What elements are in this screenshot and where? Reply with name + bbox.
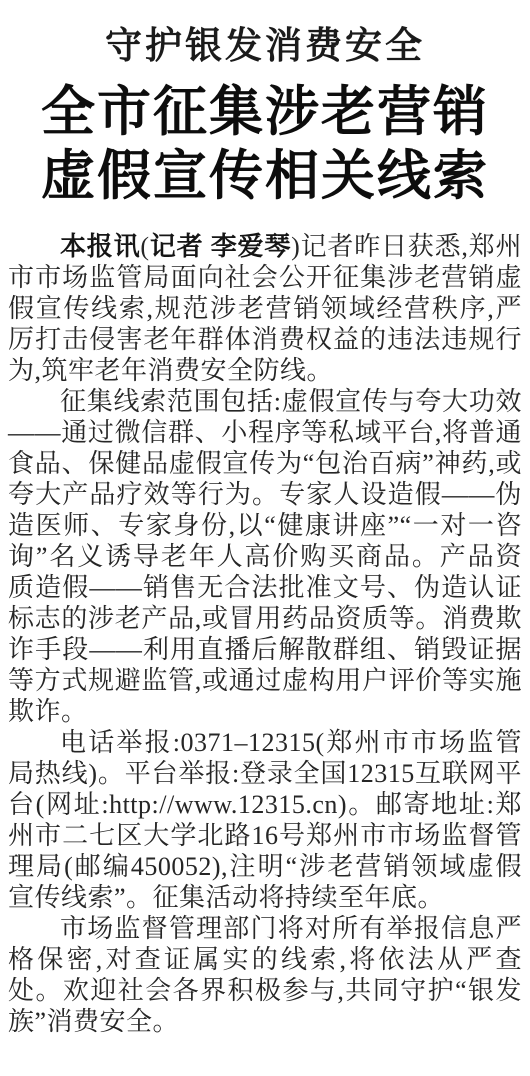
- headline-line-1: 全市征集涉老营销: [8, 81, 522, 144]
- reporter-name: 记者 李爱琴: [150, 232, 292, 261]
- article-paragraph-lead: 本报讯(记者 李爱琴)记者昨日获悉,郑州市市场监管局面向社会公开征集涉老营销虚假…: [8, 231, 522, 386]
- kicker-headline: 守护银发消费安全: [8, 24, 522, 68]
- byline-paren-open: (: [140, 232, 149, 261]
- article-paragraph-closing: 市场监督管理部门将对所有举报信息严格保密,对查证属实的线索,将依法从严查处。欢迎…: [8, 913, 522, 1037]
- byline-paren-close: ): [291, 232, 300, 261]
- article-paragraph-scope: 征集线索范围包括:虚假宣传与夸大功效——通过微信群、小程序等私域平台,将普通食品…: [8, 386, 522, 727]
- article-body: 本报讯(记者 李爱琴)记者昨日获悉,郑州市市场监管局面向社会公开征集涉老营销虚假…: [8, 231, 522, 1037]
- article-paragraph-contact: 电话举报:0371–12315(郑州市市场监管局热线)。平台举报:登录全国123…: [8, 727, 522, 913]
- main-headline: 全市征集涉老营销 虚假宣传相关线索: [8, 81, 522, 207]
- newspaper-article: 守护银发消费安全 全市征集涉老营销 虚假宣传相关线索 本报讯(记者 李爱琴)记者…: [0, 0, 530, 1076]
- dateline: 本报讯: [60, 232, 140, 261]
- headline-line-2: 虚假宣传相关线索: [8, 145, 522, 208]
